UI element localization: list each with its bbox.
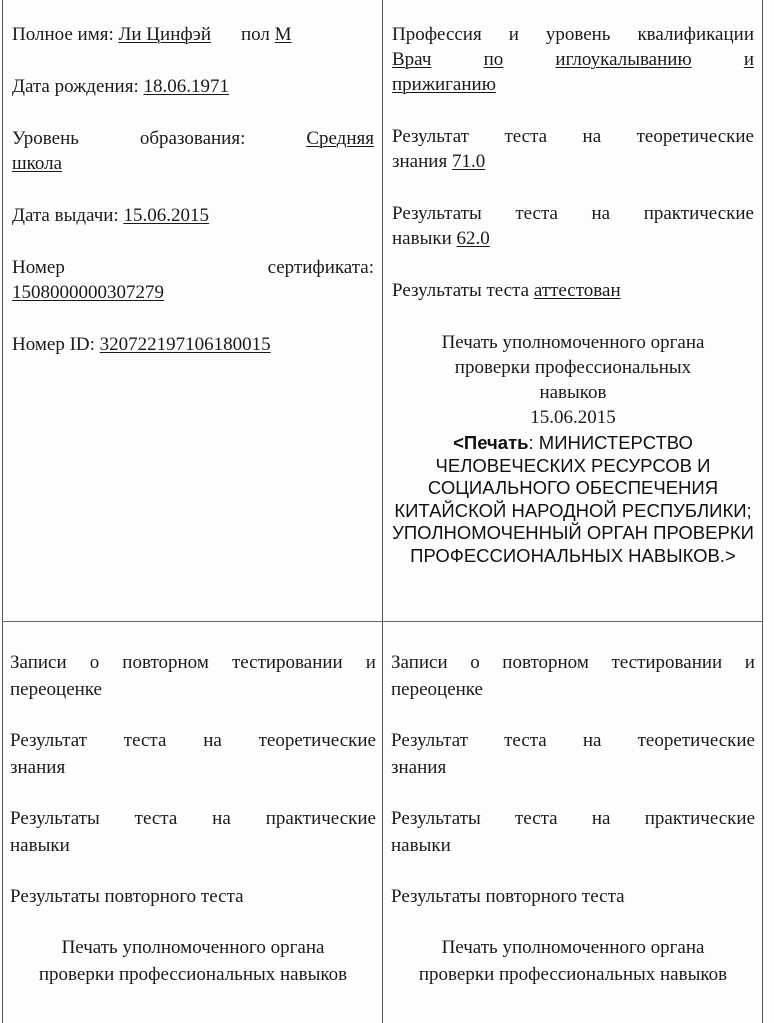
retest-cell-left: Записиоповторномтестированиии переоценке… <box>10 649 376 988</box>
education-value-part2: школа <box>12 153 62 174</box>
practice-score: 62.0 <box>457 228 490 249</box>
practice-row: Результатытестанапрактические навыки 62.… <box>392 201 754 251</box>
qualification-cell: Профессияиуровеньквалификации Врачпоигло… <box>392 22 754 567</box>
profession-value-line1: Врачпоиглоукалываниюи <box>392 47 754 72</box>
table-border-left <box>2 0 3 1023</box>
education-value-part1: Средняя <box>306 126 374 151</box>
full-name-row: Полное имя: Ли Цинфэйпол М <box>12 22 374 47</box>
full-name-value: Ли Цинфэй <box>119 24 212 45</box>
id-number-label: Номер ID: <box>12 334 95 355</box>
birth-date-value: 18.06.1971 <box>143 76 229 97</box>
retest-result-label: Результаты повторного теста <box>391 883 755 910</box>
id-number-row: Номер ID: 320722197106180015 <box>12 332 374 357</box>
result-label: Результаты теста <box>392 280 529 301</box>
table-border-right <box>762 0 763 1023</box>
table-row-divider <box>2 621 763 622</box>
issue-date-value: 15.06.2015 <box>123 205 209 226</box>
retest-result-label: Результаты повторного теста <box>10 883 376 910</box>
gender-label: пол <box>241 24 270 45</box>
education-row: Уровень образования: Средняя школа Урове… <box>12 126 374 176</box>
theory-score: 71.0 <box>452 151 485 172</box>
full-name-label: Полное имя: <box>12 24 114 45</box>
stamp-prefix: <Печать <box>453 432 528 453</box>
education-label-part2: образования: <box>140 126 246 151</box>
retest-cell-right: Записиоповторномтестированиии переоценке… <box>391 649 755 988</box>
seal-date: 15.06.2015 <box>392 405 754 430</box>
education-label-part1: Уровень <box>12 126 79 151</box>
certificate-number-label-part1: Номер <box>12 255 65 280</box>
result-value: аттестован <box>534 280 621 301</box>
stamp-body: : МИНИСТЕРСТВО ЧЕЛОВЕЧЕСКИХ РЕСУРСОВ И С… <box>392 432 754 566</box>
profession-label: Профессияиуровеньквалификации <box>392 22 754 47</box>
table-column-divider <box>382 0 383 1023</box>
result-row: Результаты теста аттестован <box>392 278 754 303</box>
issue-date-label: Дата выдачи: <box>12 205 119 226</box>
personal-info-cell: Полное имя: Ли Цинфэйпол М Дата рождения… <box>12 22 374 357</box>
certificate-number-row: Номер сертификата: 1508000000307279 Номе… <box>12 255 374 305</box>
gender-value: М <box>275 24 292 45</box>
stamp-text: <Печать: МИНИСТЕРСТВО ЧЕЛОВЕЧЕСКИХ РЕСУР… <box>392 432 754 567</box>
issue-date-row: Дата выдачи: 15.06.2015 <box>12 203 374 228</box>
birth-date-row: Дата рождения: 18.06.1971 <box>12 74 374 99</box>
profession-row: Профессияиуровеньквалификации Врачпоигло… <box>392 22 754 97</box>
birth-date-label: Дата рождения: <box>12 76 139 97</box>
certificate-page: Полное имя: Ли Цинфэйпол М Дата рождения… <box>0 0 774 1023</box>
certificate-number-label-part2: сертификата: <box>268 255 374 280</box>
profession-value-line2: прижиганию <box>392 74 496 95</box>
theory-row: Результаттестанатеоретические знания 71.… <box>392 124 754 174</box>
seal-caption: Печать уполномоченного органа проверки п… <box>392 330 754 405</box>
retest-seal-caption: Печать уполномоченного органа проверки п… <box>10 934 376 988</box>
id-number-value: 320722197106180015 <box>100 334 271 355</box>
certificate-number-value: 1508000000307279 <box>12 282 164 303</box>
retest-seal-caption: Печать уполномоченного органа проверки п… <box>391 934 755 988</box>
